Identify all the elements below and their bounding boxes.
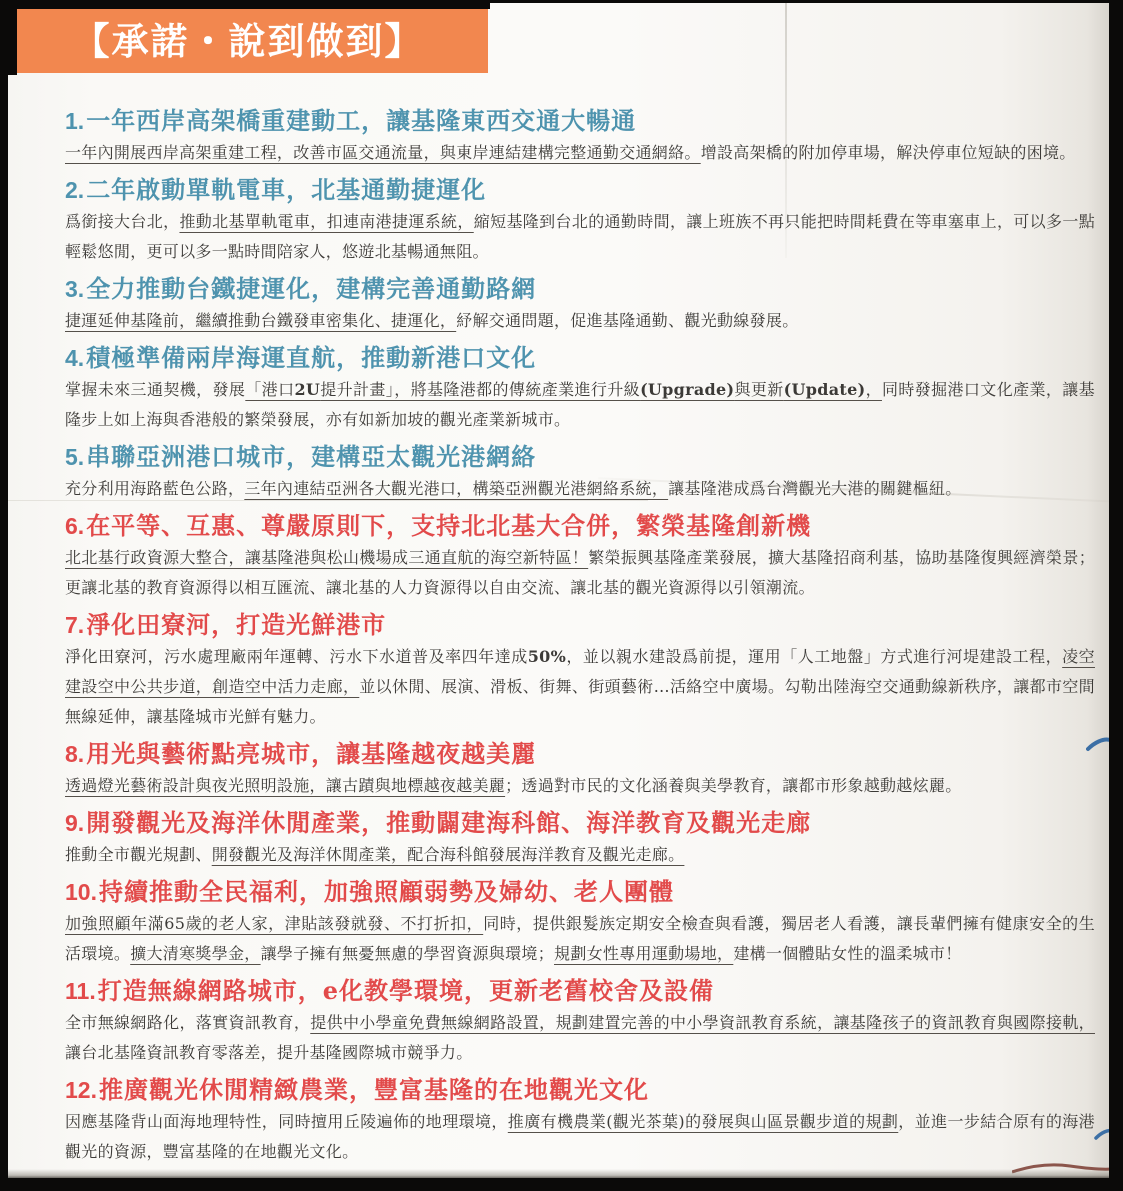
body-segment: 掌握未來三通契機，發展 bbox=[65, 380, 245, 399]
item-body: 因應基隆背山面海地理特性，同時擅用丘陵遍佈的地理環境，推廣有機農業(觀光茶葉)的… bbox=[65, 1107, 1095, 1167]
scan-edge-top bbox=[8, 3, 490, 9]
promise-item: 11.打造無線網路城市，e化教學環境，更新老舊校舍及設備 全市無線網路化，落實資… bbox=[65, 977, 1095, 1068]
scanned-flyer: { "colors": { "banner_orange": "#f2874f"… bbox=[0, 0, 1123, 1191]
item-number: 6. bbox=[65, 513, 84, 539]
item-body: 一年內開展西岸高架重建工程，改善市區交通流量，與東岸連結建構完整通勤交通網絡。增… bbox=[65, 138, 1095, 168]
body-segment: 紓解交通問題，促進基隆通勤、觀光動線發展。 bbox=[456, 311, 798, 330]
item-heading: 4.積極準備兩岸海運直航，推動新港口文化 bbox=[65, 344, 1095, 372]
body-segment: 充分利用海路藍色公路， bbox=[65, 479, 244, 498]
item-number: 9. bbox=[65, 810, 84, 836]
body-segment: 規劃女性專用運動場地， bbox=[554, 944, 733, 963]
promise-list: 1.一年西岸高架橋重建動工，讓基隆東西交通大暢通 一年內開展西岸高架重建工程，改… bbox=[65, 107, 1095, 1175]
item-heading: 5.串聯亞洲港口城市，建構亞太觀光港網絡 bbox=[65, 443, 1095, 471]
item-heading: 8.用光與藝術點亮城市，讓基隆越夜越美麗 bbox=[65, 740, 1095, 768]
body-segment: 爲銜接大台北， bbox=[65, 212, 179, 231]
body-segment: 讓台北基隆資訊教育零落差，提升基隆國際城市競爭力。 bbox=[65, 1043, 473, 1062]
body-segment: 開發觀光及海洋休閒產業，配合海科館發展海洋教育及觀光走廊。 bbox=[212, 845, 685, 864]
body-segment: 建構一個體貼女性的溫柔城市！ bbox=[733, 944, 961, 963]
body-segment: 與更新 bbox=[734, 380, 783, 399]
body-segment: 三年內連結亞洲各大觀光港口，構築亞洲觀光港網絡系統， bbox=[244, 479, 668, 498]
promise-item: 7.淨化田寮河，打造光鮮港市 淨化田寮河，污水處理廠兩年運轉、污水下水道普及率四… bbox=[65, 611, 1095, 732]
item-number: 11. bbox=[65, 978, 96, 1004]
page-title: 【承諾・說到做到】 bbox=[73, 9, 424, 73]
body-segment: 因應基隆背山面海地理特性，同時擅用丘陵遍佈的地理環境， bbox=[65, 1112, 508, 1131]
item-heading: 9.開發觀光及海洋休閒產業，推動闢建海科館、海洋教育及觀光走廊 bbox=[65, 809, 1095, 837]
item-number: 2. bbox=[65, 177, 84, 203]
item-number: 12. bbox=[65, 1077, 97, 1103]
body-segment: ，並以親水建設爲前提，運用「人工地盤」方式進行河堤建設工程， bbox=[566, 647, 1062, 666]
item-heading-text: 在平等、互惠、尊嚴原則下，支持北北基大合併，繁榮基隆創新機 bbox=[86, 511, 811, 540]
item-body: 北北基行政資源大整合，讓基隆港與松山機場成三通直航的海空新特區！繁榮振興基隆產業… bbox=[65, 543, 1095, 603]
item-heading: 11.打造無線網路城市，e化教學環境，更新老舊校舍及設備 bbox=[65, 977, 1095, 1005]
item-heading: 12.推廣觀光休閒精緻農業，豐富基隆的在地觀光文化 bbox=[65, 1076, 1095, 1104]
item-body: 爲銜接大台北，推動北基單軌電車，扣連南港捷運系統，縮短基隆到台北的通勤時間，讓上… bbox=[65, 207, 1095, 267]
body-segment: 擴大清寒獎學金， bbox=[130, 944, 260, 963]
body-segment: 淨化田寮河，污水處理廠兩年運轉、污水下水道普及率四年達成 bbox=[65, 647, 528, 666]
body-segment: ， bbox=[865, 380, 881, 399]
title-banner: 【承諾・說到做到】 bbox=[8, 9, 488, 73]
item-number: 7. bbox=[65, 612, 84, 638]
item-heading-text: 二年啟動單軌電車，北基通勤捷運化 bbox=[86, 175, 486, 204]
promise-item: 6.在平等、互惠、尊嚴原則下，支持北北基大合併，繁榮基隆創新機 北北基行政資源大… bbox=[65, 512, 1095, 603]
item-number: 10. bbox=[65, 879, 97, 905]
promise-item: 12.推廣觀光休閒精緻農業，豐富基隆的在地觀光文化 因應基隆背山面海地理特性，同… bbox=[65, 1076, 1095, 1167]
body-segment: 讓基隆港成爲台灣觀光大港的關鍵樞紐。 bbox=[668, 479, 961, 498]
item-number: 3. bbox=[65, 276, 84, 302]
item-heading-text: 推廣觀光休閒精緻農業，豐富基隆的在地觀光文化 bbox=[99, 1075, 649, 1104]
item-body: 捷運延伸基隆前，繼續推動台鐵發車密集化、捷運化，紓解交通問題，促進基隆通勤、觀光… bbox=[65, 306, 1095, 336]
item-body: 推動全市觀光規劃、開發觀光及海洋休閒產業，配合海科館發展海洋教育及觀光走廊。 bbox=[65, 840, 1095, 870]
item-heading-text: 一年西岸高架橋重建動工，讓基隆東西交通大暢通 bbox=[86, 106, 636, 135]
item-number: 5. bbox=[65, 444, 84, 470]
item-body: 加強照顧年滿65歲的老人家，津貼該發就發、不打折扣，同時，提供銀髮族定期安全檢查… bbox=[65, 909, 1095, 969]
pen-mark-icon bbox=[1094, 1127, 1109, 1141]
body-segment: 推動北基單軌電車，扣連南港捷運系統， bbox=[179, 212, 473, 231]
item-body: 充分利用海路藍色公路，三年內連結亞洲各大觀光港口，構築亞洲觀光港網絡系統，讓基隆… bbox=[65, 474, 1095, 504]
item-body: 淨化田寮河，污水處理廠兩年運轉、污水下水道普及率四年達成50%，並以親水建設爲前… bbox=[65, 642, 1095, 732]
promise-item: 1.一年西岸高架橋重建動工，讓基隆東西交通大暢通 一年內開展西岸高架重建工程，改… bbox=[65, 107, 1095, 168]
promise-item: 4.積極準備兩岸海運直航，推動新港口文化 掌握未來三通契機，發展「港口2U提升計… bbox=[65, 344, 1095, 435]
item-heading-text: 淨化田寮河，打造光鮮港市 bbox=[86, 610, 386, 639]
item-heading: 10.持續推動全民福利，加強照顧弱勢及婦幼、老人團體 bbox=[65, 878, 1095, 906]
item-heading-text: 持續推動全民福利，加強照顧弱勢及婦幼、老人團體 bbox=[99, 877, 674, 906]
body-segment: 提升計畫」，將基隆港都的傳統產業進行升級 bbox=[320, 380, 640, 399]
body-segment: 提供中小學童免費無線網路設置，規劃建置完善的中小學資訊教育系統，讓基隆孩子的資訊… bbox=[310, 1013, 1095, 1032]
item-number: 8. bbox=[65, 741, 84, 767]
body-segment: 透過燈光藝術設計與夜光照明設施，讓古蹟與地標越夜越美麗 bbox=[65, 776, 505, 795]
item-heading-text: 串聯亞洲港口城市，建構亞太觀光港網絡 bbox=[86, 442, 536, 471]
item-body: 全市無線網路化，落實資訊教育，提供中小學童免費無線網路設置，規劃建置完善的中小學… bbox=[65, 1008, 1095, 1068]
item-heading: 2.二年啟動單軌電車，北基通勤捷運化 bbox=[65, 176, 1095, 204]
promise-item: 3.全力推動台鐵捷運化，建構完善通勤路網 捷運延伸基隆前，繼續推動台鐵發車密集化… bbox=[65, 275, 1095, 336]
promise-item: 8.用光與藝術點亮城市，讓基隆越夜越美麗 透過燈光藝術設計與夜光照明設施，讓古蹟… bbox=[65, 740, 1095, 801]
item-heading: 3.全力推動台鐵捷運化，建構完善通勤路網 bbox=[65, 275, 1095, 303]
scanned-page: 【承諾・說到做到】 1.一年西岸高架橋重建動工，讓基隆東西交通大暢通 一年內開展… bbox=[8, 3, 1109, 1178]
body-segment: 捷運延伸基隆前，繼續推動台鐵發車密集化、捷運化， bbox=[65, 311, 456, 330]
body-segment: (Upgrade) bbox=[640, 380, 734, 399]
item-body: 透過燈光藝術設計與夜光照明設施，讓古蹟與地標越夜越美麗；透過對市民的文化涵養與美… bbox=[65, 771, 1095, 801]
body-segment: 推動全市觀光規劃、 bbox=[65, 845, 212, 864]
body-segment: 50% bbox=[528, 647, 566, 666]
item-heading: 6.在平等、互惠、尊嚴原則下，支持北北基大合併，繁榮基隆創新機 bbox=[65, 512, 1095, 540]
item-heading-text: 打造無線網路城市，e化教學環境，更新老舊校舍及設備 bbox=[98, 976, 714, 1005]
body-segment: 增設高架橋的附加停車場，解決停車位短缺的困境。 bbox=[701, 143, 1076, 162]
body-segment: (Update) bbox=[784, 380, 866, 399]
promise-item: 9.開發觀光及海洋休閒產業，推動闢建海科館、海洋教育及觀光走廊 推動全市觀光規劃… bbox=[65, 809, 1095, 870]
promise-item: 10.持續推動全民福利，加強照顧弱勢及婦幼、老人團體 加強照顧年滿65歲的老人家… bbox=[65, 878, 1095, 969]
body-segment: 讓學子擁有無憂無慮的學習資源與環境； bbox=[261, 944, 554, 963]
item-number: 4. bbox=[65, 345, 84, 371]
item-heading-text: 積極準備兩岸海運直航，推動新港口文化 bbox=[86, 343, 536, 372]
item-body: 掌握未來三通契機，發展「港口2U提升計畫」，將基隆港都的傳統產業進行升級(Upg… bbox=[65, 375, 1095, 435]
scan-edge-left bbox=[8, 9, 17, 75]
item-heading-text: 全力推動台鐵捷運化，建構完善通勤路網 bbox=[86, 274, 536, 303]
item-heading: 1.一年西岸高架橋重建動工，讓基隆東西交通大暢通 bbox=[65, 107, 1095, 135]
body-segment: 「港口 bbox=[245, 380, 294, 399]
item-heading-text: 用光與藝術點亮城市，讓基隆越夜越美麗 bbox=[86, 739, 536, 768]
body-segment: 加強照顧年滿65歲的老人家，津貼該發就發、不打折扣， bbox=[65, 914, 483, 933]
body-segment: 推廣有機農業(觀光茶葉)的發展與山區景觀步道的規劃 bbox=[508, 1112, 898, 1131]
item-heading-text: 開發觀光及海洋休閒產業，推動闢建海科館、海洋教育及觀光走廊 bbox=[86, 808, 811, 837]
promise-item: 2.二年啟動單軌電車，北基通勤捷運化 爲銜接大台北，推動北基單軌電車，扣連南港捷… bbox=[65, 176, 1095, 267]
item-number: 1. bbox=[65, 108, 84, 134]
body-segment: 一年內開展西岸高架重建工程，改善市區交通流量，與東岸連結建構完整通勤交通網絡。 bbox=[65, 143, 701, 162]
body-segment: 全市無線網路化，落實資訊教育， bbox=[65, 1013, 310, 1032]
promise-item: 5.串聯亞洲港口城市，建構亞太觀光港網絡 充分利用海路藍色公路，三年內連結亞洲各… bbox=[65, 443, 1095, 504]
body-segment: ；透過對市民的文化涵養與美學教育，讓都市形象越動越炫麗。 bbox=[505, 776, 961, 795]
body-segment: 2U bbox=[294, 380, 320, 399]
body-segment: 北北基行政資源大整合，讓基隆港與松山機場成三通直航的海空新特區！ bbox=[65, 548, 588, 567]
item-heading: 7.淨化田寮河，打造光鮮港市 bbox=[65, 611, 1095, 639]
